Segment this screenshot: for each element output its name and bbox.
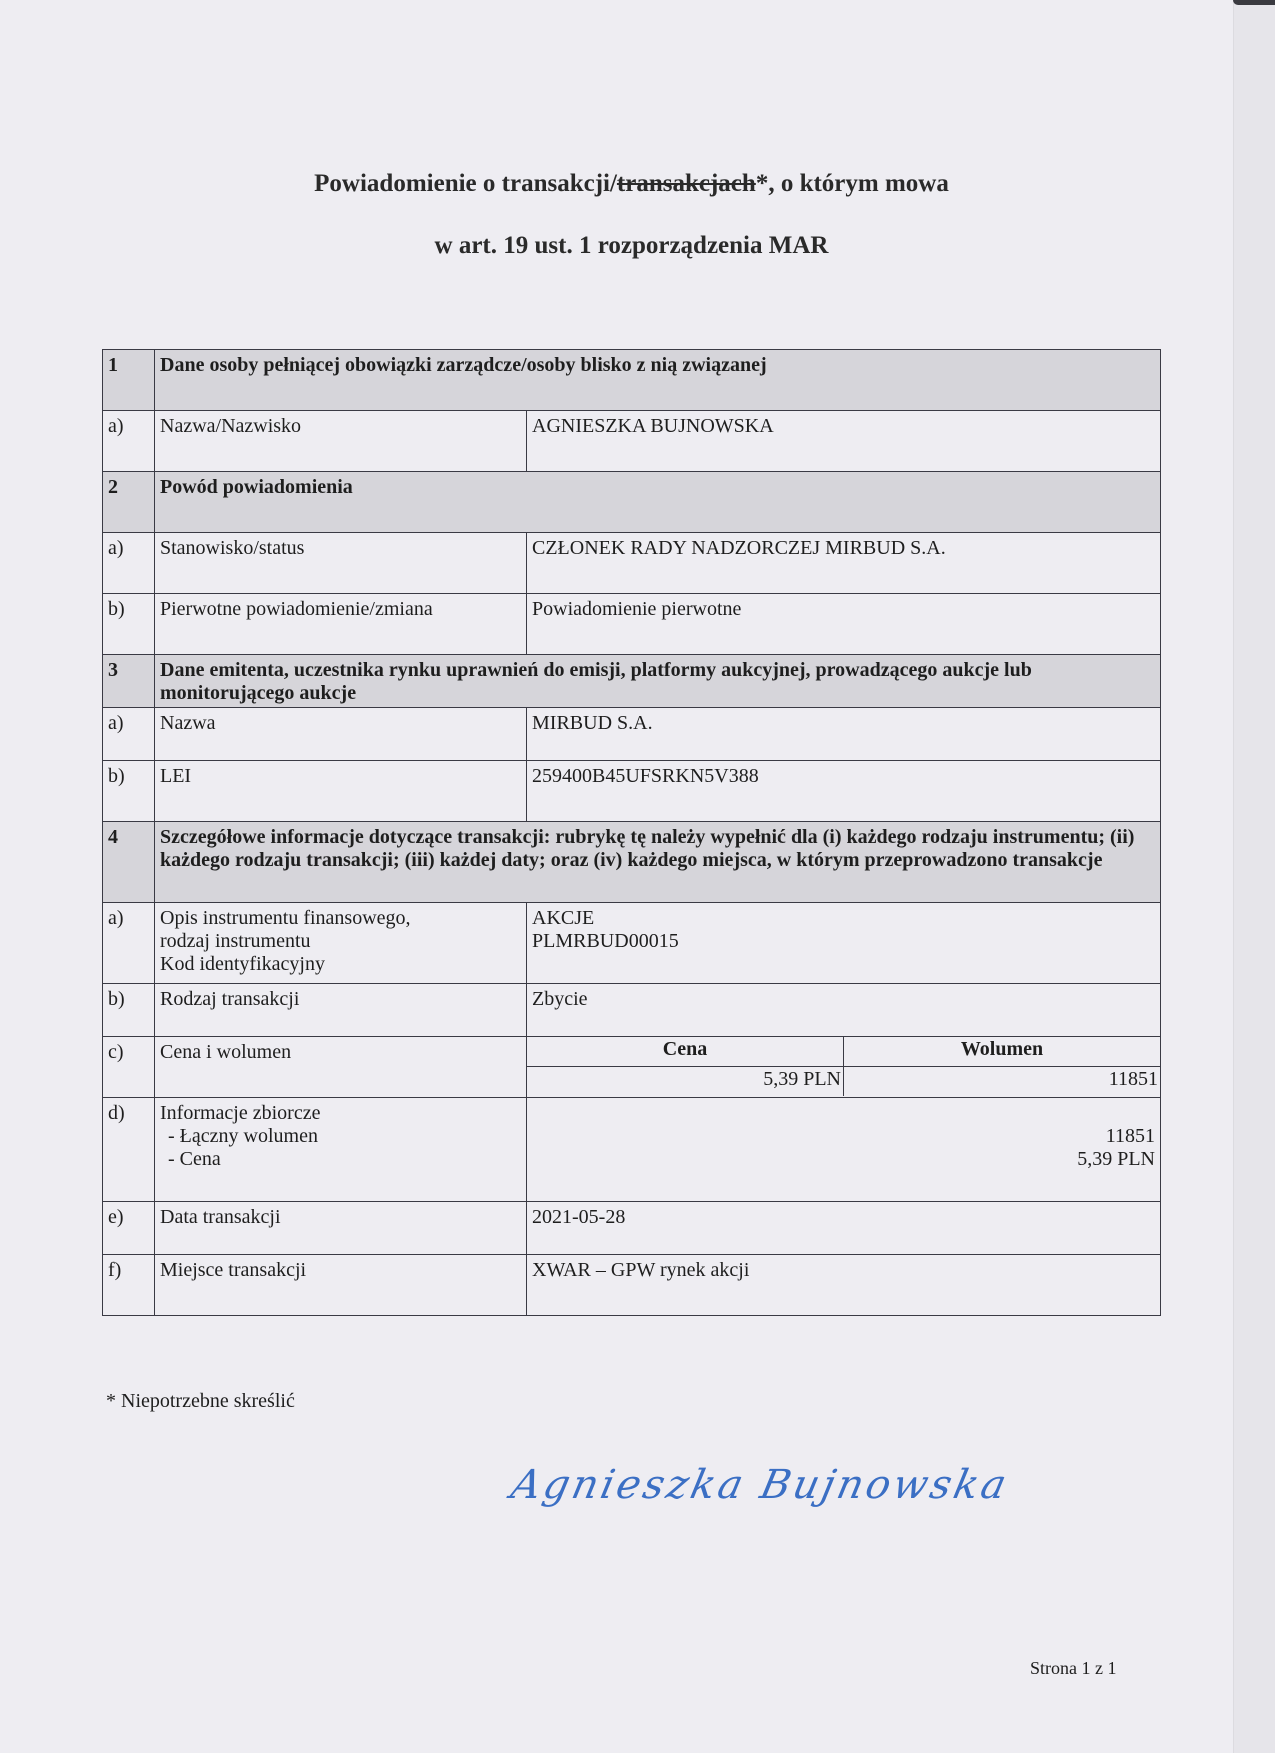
handwritten-signature: Agnieszka Bujnowska (507, 1462, 1013, 1508)
table-row: f) Miejsce transakcji XWAR – GPW rynek a… (103, 1255, 1161, 1316)
table-row: d) Informacje zbiorcze - Łączny wolumen … (103, 1098, 1161, 1202)
section-number: 2 (103, 472, 155, 533)
row-value: XWAR – GPW rynek akcji (527, 1255, 1161, 1316)
aggregate-volume: 11851 (532, 1125, 1155, 1148)
row-value: 2021-05-28 (527, 1202, 1161, 1255)
price-value: 5,39 PLN (527, 1067, 844, 1097)
table-row: a) Stanowisko/status CZŁONEK RADY NADZOR… (103, 533, 1161, 594)
row-label: Nazwa/Nazwisko (155, 411, 527, 472)
row-letter: c) (103, 1037, 155, 1098)
row-letter: e) (103, 1202, 155, 1255)
row-label: Nazwa (155, 708, 527, 761)
section-4-header: 4 Szczegółowe informacje dotyczące trans… (103, 822, 1161, 903)
row-letter: a) (103, 411, 155, 472)
row-label: Informacje zbiorcze - Łączny wolumen - C… (155, 1098, 527, 1202)
row-letter: a) (103, 903, 155, 984)
row-label: Miejsce transakcji (155, 1255, 527, 1316)
title-prefix: Powiadomienie o transakcji/ (314, 170, 617, 197)
row-label: Stanowisko/status (155, 533, 527, 594)
table-row: b) Rodzaj transakcji Zbycie (103, 984, 1161, 1037)
row-value: Powiadomienie pierwotne (527, 594, 1161, 655)
row-value: MIRBUD S.A. (527, 708, 1161, 761)
table-row: a) Opis instrumentu finansowego, rodzaj … (103, 903, 1161, 984)
section-number: 4 (103, 822, 155, 903)
price-volume-table: Cena Wolumen 5,39 PLN 11851 (527, 1037, 1160, 1096)
label-line: rodzaj instrumentu (160, 930, 521, 953)
table-row: a) Nazwa MIRBUD S.A. (103, 708, 1161, 761)
table-row: b) LEI 259400B45UFSRKN5V388 (103, 761, 1161, 822)
row-value: AKCJE PLMRBUD00015 (527, 903, 1161, 984)
price-column-header: Cena (527, 1037, 844, 1067)
instrument-type: AKCJE (532, 907, 1155, 930)
row-letter: b) (103, 984, 155, 1037)
row-value: 11851 5,39 PLN (527, 1098, 1161, 1202)
row-letter: b) (103, 594, 155, 655)
section-title: Dane emitenta, uczestnika rynku uprawnie… (155, 655, 1161, 708)
table-row: e) Data transakcji 2021-05-28 (103, 1202, 1161, 1255)
label-line: Opis instrumentu finansowego, (160, 907, 521, 930)
row-letter: a) (103, 708, 155, 761)
scan-edge (1233, 0, 1275, 1753)
section-number: 1 (103, 350, 155, 411)
section-title: Dane osoby pełniącej obowiązki zarządcze… (155, 350, 1161, 411)
row-letter: a) (103, 533, 155, 594)
volume-value: 11851 (844, 1067, 1161, 1097)
section-title: Powód powiadomienia (155, 472, 1161, 533)
isin-code: PLMRBUD00015 (532, 930, 1155, 953)
row-value: 259400B45UFSRKN5V388 (527, 761, 1161, 822)
row-value: CZŁONEK RADY NADZORCZEJ MIRBUD S.A. (527, 533, 1161, 594)
row-label: Cena i wolumen (155, 1037, 527, 1098)
row-value: AGNIESZKA BUJNOWSKA (527, 411, 1161, 472)
section-1-header: 1 Dane osoby pełniącej obowiązki zarządc… (103, 350, 1161, 411)
volume-column-header: Wolumen (844, 1037, 1161, 1067)
notification-form-table: 1 Dane osoby pełniącej obowiązki zarządc… (102, 349, 1161, 1316)
title-suffix: *, o którym mowa (756, 170, 949, 197)
row-label: LEI (155, 761, 527, 822)
title-struck-word: transakcjach (617, 170, 756, 197)
price-volume-cell: Cena Wolumen 5,39 PLN 11851 (527, 1037, 1161, 1098)
row-letter: b) (103, 761, 155, 822)
row-label: Pierwotne powiadomienie/zmiana (155, 594, 527, 655)
row-label: Opis instrumentu finansowego, rodzaj ins… (155, 903, 527, 984)
row-label: Data transakcji (155, 1202, 527, 1255)
document-title-line2: w art. 19 ust. 1 rozporządzenia MAR (0, 232, 1263, 260)
section-title: Szczegółowe informacje dotyczące transak… (155, 822, 1161, 903)
label-line: Kod identyfikacyjny (160, 953, 521, 976)
row-letter: f) (103, 1255, 155, 1316)
aggregate-price: 5,39 PLN (532, 1148, 1155, 1171)
row-label: Rodzaj transakcji (155, 984, 527, 1037)
footnote: * Niepotrzebne skreślić (106, 1390, 295, 1413)
table-row: c) Cena i wolumen Cena Wolumen 5,39 PLN … (103, 1037, 1161, 1098)
table-row: b) Pierwotne powiadomienie/zmiana Powiad… (103, 594, 1161, 655)
section-3-header: 3 Dane emitenta, uczestnika rynku uprawn… (103, 655, 1161, 708)
table-row: a) Nazwa/Nazwisko AGNIESZKA BUJNOWSKA (103, 411, 1161, 472)
aggregate-price-label: - Cena (160, 1148, 521, 1171)
section-2-header: 2 Powód powiadomienia (103, 472, 1161, 533)
section-number: 3 (103, 655, 155, 708)
document-title-line1: Powiadomienie o transakcji/transakcjach*… (0, 170, 1263, 198)
scan-corner (1233, 0, 1275, 5)
page-number: Strona 1 z 1 (1030, 1658, 1116, 1679)
row-letter: d) (103, 1098, 155, 1202)
aggregate-label: Informacje zbiorcze (160, 1102, 521, 1125)
row-value: Zbycie (527, 984, 1161, 1037)
aggregate-volume-label: - Łączny wolumen (160, 1125, 521, 1148)
